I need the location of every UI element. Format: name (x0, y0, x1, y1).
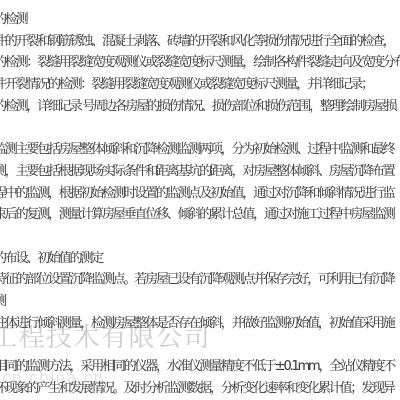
text-line: 相同的监测方法，采用相同的仪器，水准仪测量精度不低于±0.1mm，全站仪精度不 (0, 356, 400, 378)
text-line: 监测主要包括房屋整体倾斜和沉降检测监测两项，分为初始检测、过程中监测和最终 (0, 139, 400, 161)
text-line: 柱体进行倾斜测量，检测房屋整体是否存在倾斜，并做好监测初始值，初始值采用施 (0, 313, 400, 335)
text-line: 测，主要包括根据现场实际条件和距离基坑的距离，对房屋整体倾斜、房屋沉降布置 (0, 161, 400, 183)
text-line-blank (0, 226, 400, 248)
text-line: 件开裂情况的检测：裂缝用裂缝宽度观测仪或裂缝宽度标尺测量，并详细记录； (0, 74, 400, 96)
text-line: 的布设、初始值的测定 (0, 248, 400, 270)
text-line: 的检测 (0, 9, 400, 31)
text-line: 测 (0, 291, 400, 313)
text-line: 的检测：裂缝用裂缝宽度观测仪或裂缝宽度标尺测量，绘制各构件裂缝走向及宽度分布 (0, 52, 400, 74)
text-line: 的检测，详细记录 号周边各房屋的损伤情况、损伤部位和损伤范围，整理绘制房屋损 (0, 96, 400, 118)
text-line: 程中的监测，根据初始检测时设置的监测点及初始值，通过对沉降和倾斜情况进行监 (0, 183, 400, 205)
text-line: 束后的复测，测量计算房屋垂直位移、倾斜的累计总值，通过对施工过程中房屋监测 (0, 204, 400, 226)
text-line-blank (0, 117, 400, 139)
text-line: 件的开裂和钢筋锈蚀、混凝土剥落、砖墙的开裂和风化等损伤情况进行全面的检查， (0, 31, 400, 53)
document-page: 工程技术有限公司 cn.china.cn 的检测 件的开裂和钢筋锈蚀、混凝土剥落… (0, 0, 400, 400)
document-text-block: 的检测 件的开裂和钢筋锈蚀、混凝土剥落、砖墙的开裂和风化等损伤情况进行全面的检查… (0, 9, 400, 399)
text-line: 坏现象的产生和发展情况。及时分析监测数据，分析变化速率和变化累计值；发现异 (0, 378, 400, 400)
text-line: 特征的部位设置沉降监测点。若房屋已设有沉降观测点并保存完好，可利用已有沉降 (0, 269, 400, 291)
text-line-blank (0, 334, 400, 356)
